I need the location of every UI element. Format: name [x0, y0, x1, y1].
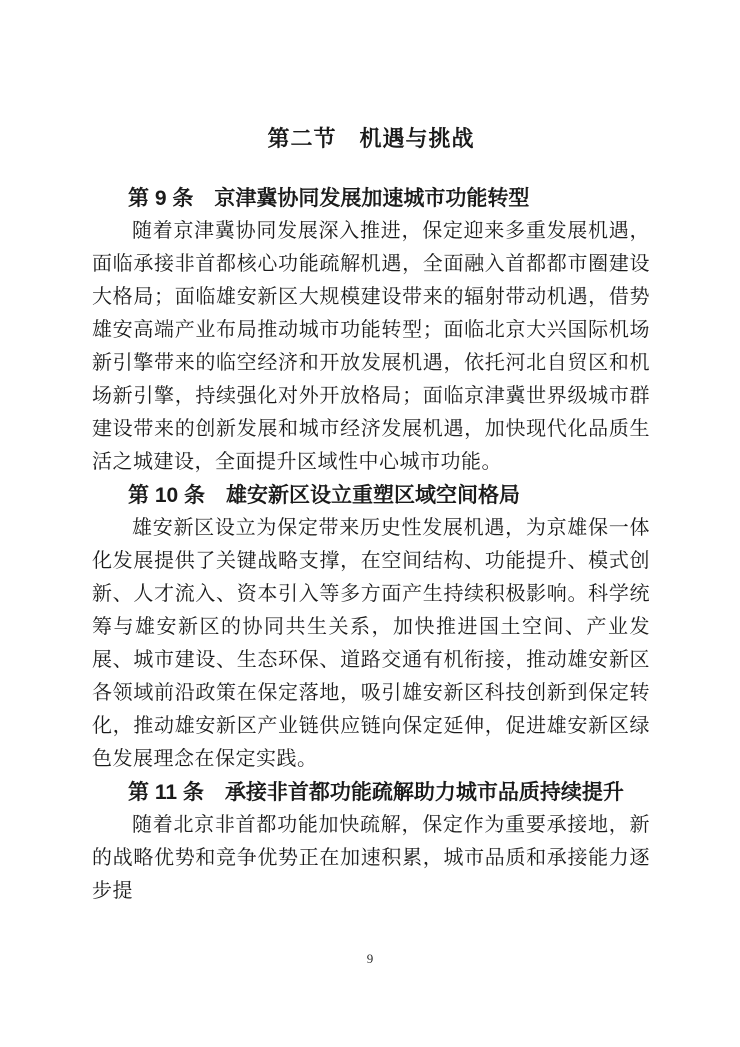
article-9-heading: 第 9 条 京津冀协同发展加速城市功能转型: [92, 182, 650, 215]
page-number: 9: [0, 951, 740, 967]
article-10-heading: 第 10 条 雄安新区设立重塑区域空间格局: [92, 479, 650, 512]
document-page: 第二节 机遇与挑战 第 9 条 京津冀协同发展加速城市功能转型 随着京津冀协同发…: [0, 0, 740, 1047]
article-10: 第 10 条 雄安新区设立重塑区域空间格局 雄安新区设立为保定带来历史性发展机遇…: [92, 479, 650, 776]
article-11: 第 11 条 承接非首都功能疏解助力城市品质持续提升 随着北京非首都功能加快疏解…: [92, 776, 650, 908]
article-10-body: 雄安新区设立为保定带来历史性发展机遇，为京雄保一体化发展提供了关键战略支撑，在空…: [92, 512, 650, 776]
article-11-body: 随着北京非首都功能加快疏解，保定作为重要承接地，新的战略优势和竞争优势正在加速积…: [92, 809, 650, 908]
page-content: 第二节 机遇与挑战 第 9 条 京津冀协同发展加速城市功能转型 随着京津冀协同发…: [92, 124, 650, 908]
article-9: 第 9 条 京津冀协同发展加速城市功能转型 随着京津冀协同发展深入推进，保定迎来…: [92, 182, 650, 479]
article-9-body: 随着京津冀协同发展深入推进，保定迎来多重发展机遇，面临承接非首都核心功能疏解机遇…: [92, 215, 650, 479]
article-11-heading: 第 11 条 承接非首都功能疏解助力城市品质持续提升: [92, 776, 650, 809]
section-title: 第二节 机遇与挑战: [92, 124, 650, 154]
